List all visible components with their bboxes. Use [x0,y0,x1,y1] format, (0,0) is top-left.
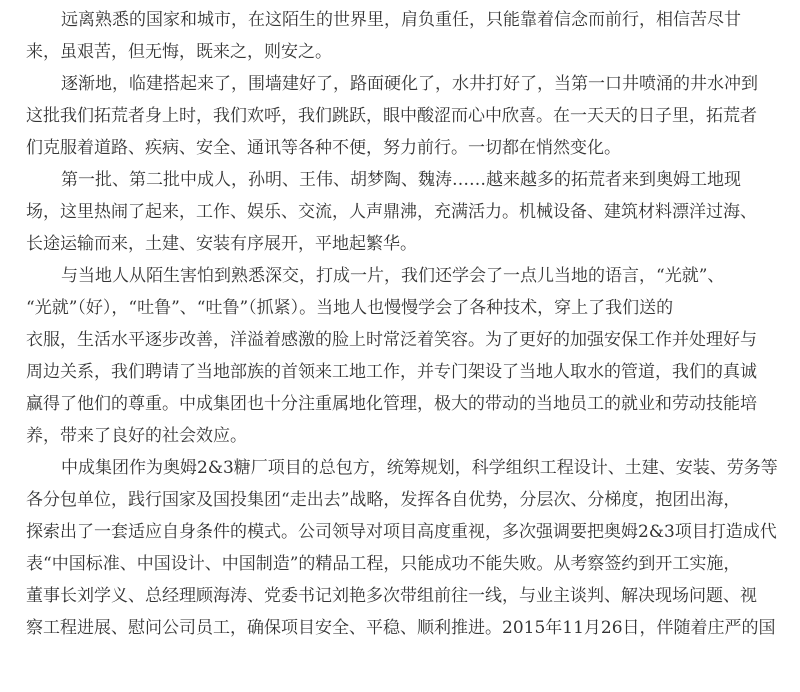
article-body: 远离熟悉的国家和城市，在这陌生的世界里，肩负重任，只能靠着信念而前行，相信苦尽甘… [26,4,774,644]
text-line: 赢得了他们的尊重。中成集团也十分注重属地化管理，极大的带动的当地员工的就业和劳动… [26,388,774,420]
text-line: 衣服，生活水平逐步改善，洋溢着感激的脸上时常泛着笑容。为了更好的加强安保工作并处… [26,324,774,356]
paragraph: 与当地人从陌生害怕到熟悉深交，打成一片，我们还学会了一点儿当地的语言，“光就”、… [26,260,774,452]
text-line: 逐渐地，临建搭起来了，围墙建好了，路面硬化了，水井打好了，当第一口井喷涌的井水冲… [26,68,774,100]
text-line: 中成集团作为奥姆2&3糖厂项目的总包方，统筹规划，科学组织工程设计、土建、安装、… [26,452,774,484]
text-line: 来，虽艰苦，但无悔，既来之，则安之。 [26,36,774,68]
text-line: 各分包单位，践行国家及国投集团“走出去”战略，发挥各自优势，分层次、分梯度，抱团… [26,484,774,516]
text-line: 场，这里热闹了起来，工作、娱乐、交流，人声鼎沸，充满活力。机械设备、建筑材料漂洋… [26,196,774,228]
text-line: 养，带来了良好的社会效应。 [26,420,774,452]
text-line: 探索出了一套适应自身条件的模式。公司领导对项目高度重视，多次强调要把奥姆2&3项… [26,516,774,548]
text-line: 董事长刘学义、总经理顾海涛、党委书记刘艳多次带组前往一线，与业主谈判、解决现场问… [26,580,774,612]
paragraph: 逐渐地，临建搭起来了，围墙建好了，路面硬化了，水井打好了，当第一口井喷涌的井水冲… [26,68,774,164]
paragraph: 第一批、第二批中成人，孙明、王伟、胡梦陶、魏涛……越来越多的拓荒者来到奥姆工地现… [26,164,774,260]
text-line: 第一批、第二批中成人，孙明、王伟、胡梦陶、魏涛……越来越多的拓荒者来到奥姆工地现 [26,164,774,196]
text-line: 表“中国标准、中国设计、中国制造”的精品工程，只能成功不能失败。从考察签约到开工… [26,548,774,580]
text-line: “光就”（好），“吐鲁”、“吐鲁”（抓紧）。当地人也慢慢学会了各种技术，穿上了我… [26,292,774,324]
paragraph: 远离熟悉的国家和城市，在这陌生的世界里，肩负重任，只能靠着信念而前行，相信苦尽甘… [26,4,774,68]
paragraph: 中成集团作为奥姆2&3糖厂项目的总包方，统筹规划，科学组织工程设计、土建、安装、… [26,452,774,644]
text-line: 长途运输而来，土建、安装有序展开，平地起繁华。 [26,228,774,260]
text-line: 与当地人从陌生害怕到熟悉深交，打成一片，我们还学会了一点儿当地的语言，“光就”、 [26,260,774,292]
text-line: 察工程进展、慰问公司员工，确保项目安全、平稳、顺利推进。2015年11月26日，… [26,612,774,644]
text-line: 周边关系，我们聘请了当地部族的首领来工地工作，并专门架设了当地人取水的管道，我们… [26,356,774,388]
text-line: 远离熟悉的国家和城市，在这陌生的世界里，肩负重任，只能靠着信念而前行，相信苦尽甘 [26,4,774,36]
text-line: 这批我们拓荒者身上时，我们欢呼，我们跳跃，眼中酸涩而心中欣喜。在一天天的日子里，… [26,100,774,132]
text-line: 们克服着道路、疾病、安全、通讯等各种不便，努力前行。一切都在悄然变化。 [26,132,774,164]
